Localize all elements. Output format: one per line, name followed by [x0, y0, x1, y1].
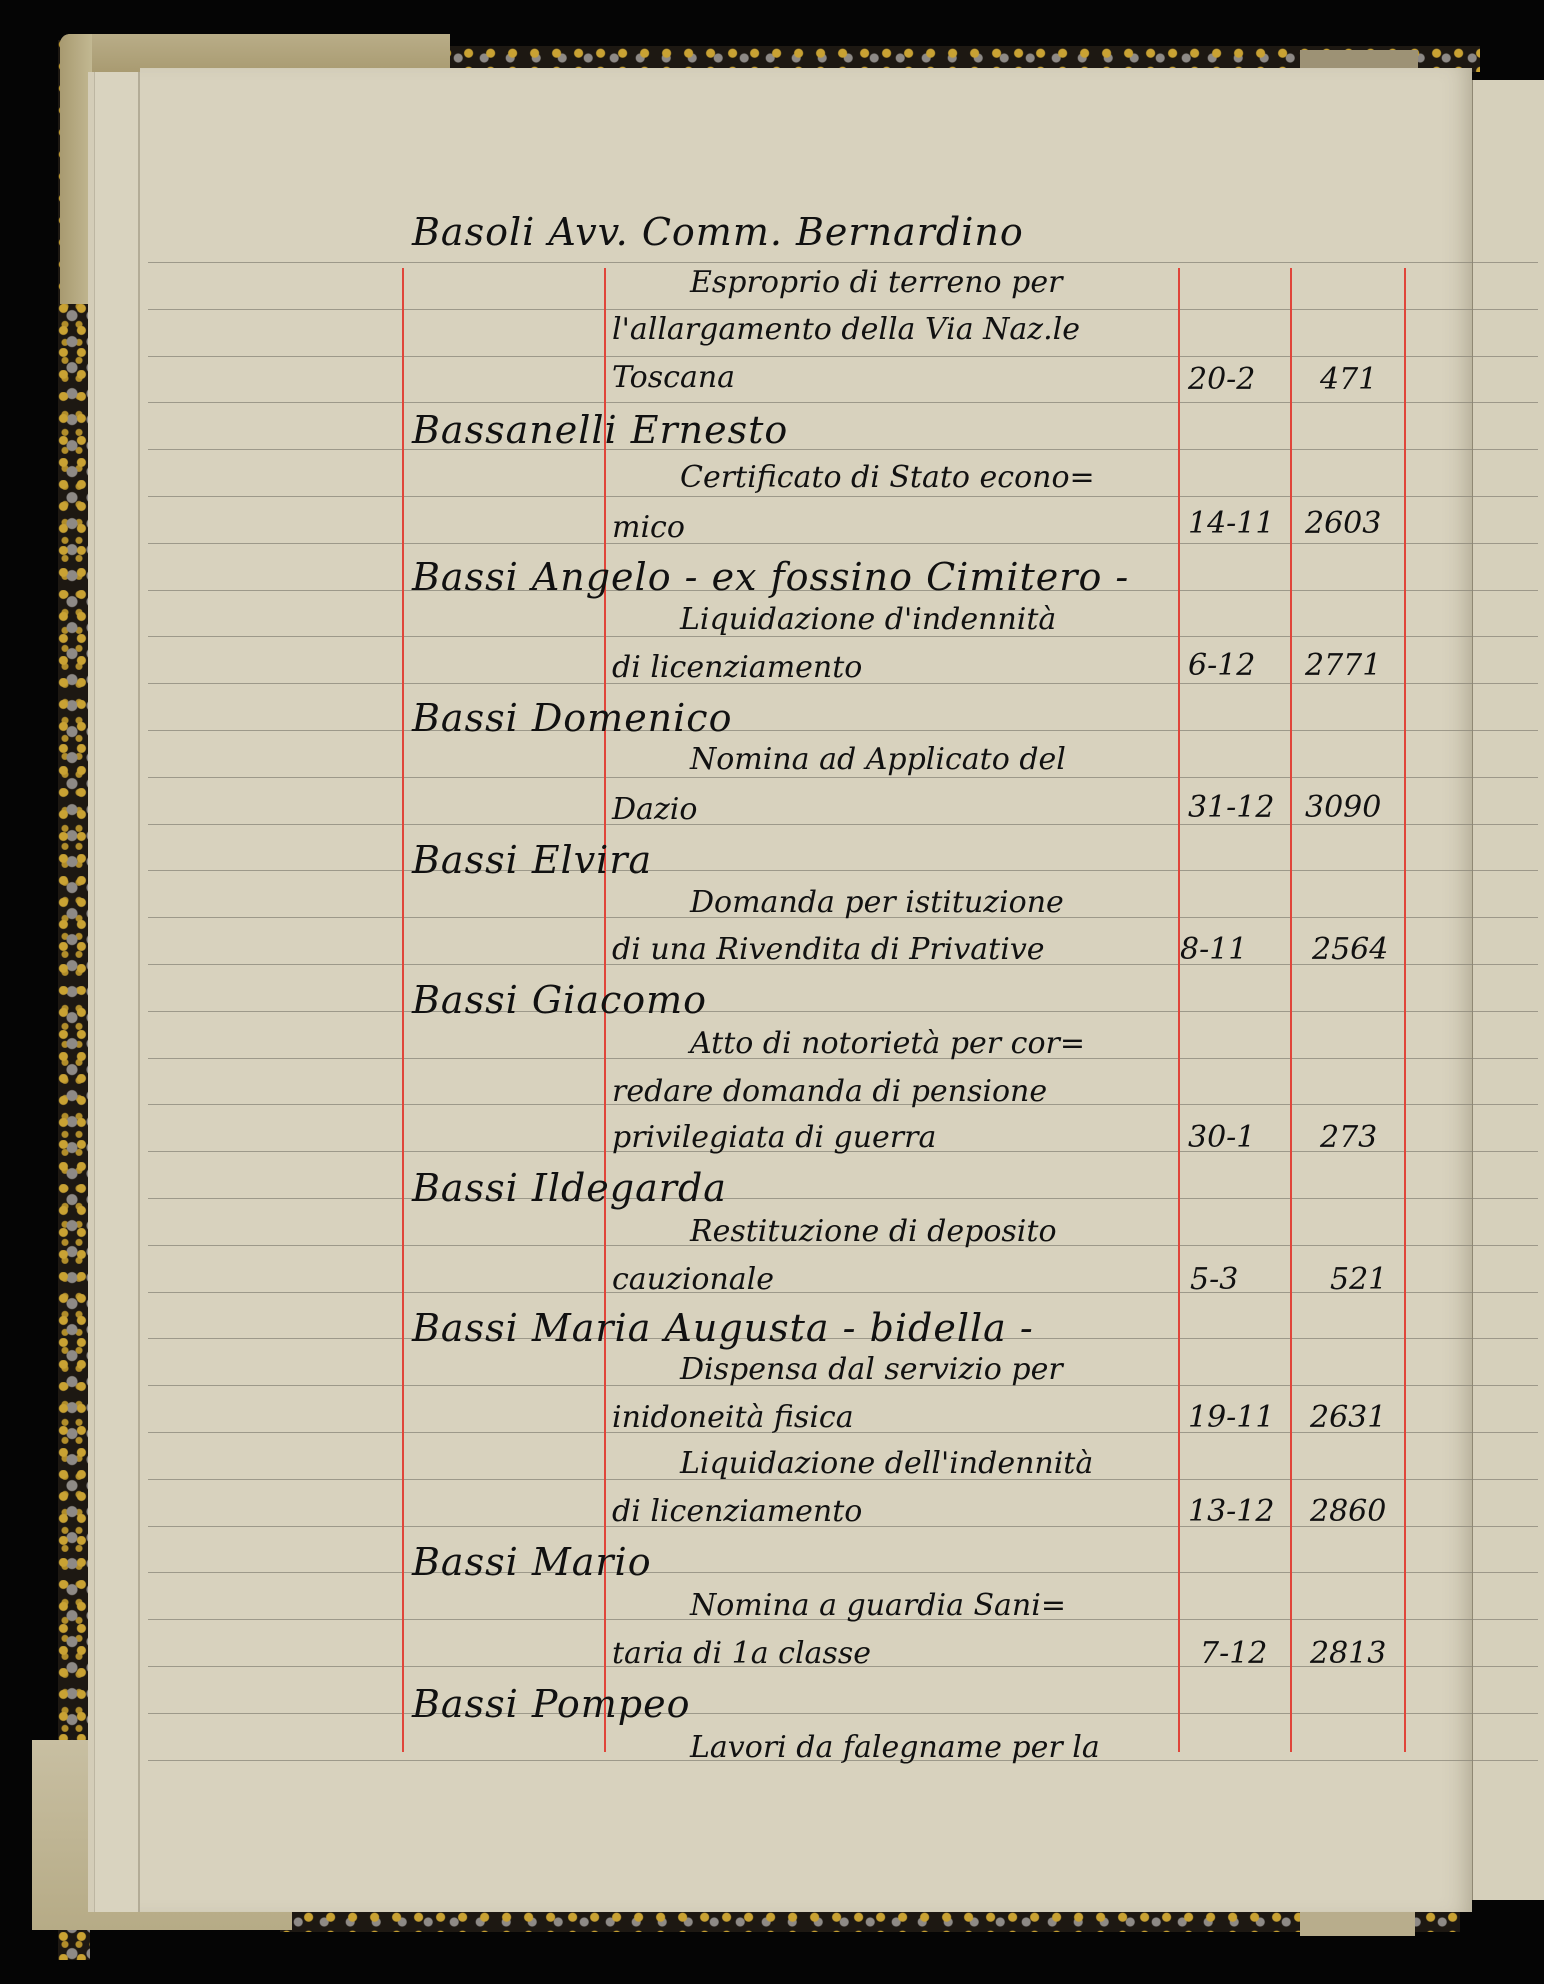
entry-number: 521: [1330, 1262, 1387, 1297]
ruled-line: [148, 777, 1538, 778]
entry-number: 273: [1320, 1120, 1377, 1155]
ruled-line: [148, 1011, 1538, 1012]
ruled-line: [148, 1572, 1538, 1573]
ruled-line: [148, 1198, 1538, 1199]
red-column-line: [1290, 268, 1292, 1752]
entry-description-line: Liquidazione d'indennità: [680, 602, 1056, 637]
entry-name: Bassi Maria Augusta - bidella -: [412, 1306, 1034, 1350]
entry-description-line: Esproprio di terreno per: [690, 265, 1062, 300]
entry-number: 2860: [1310, 1494, 1386, 1529]
entry-date: 14-11: [1188, 506, 1274, 541]
entry-name: Bassi Elvira: [412, 838, 652, 882]
marbled-cover-edge: [58, 40, 90, 1960]
red-column-line: [1404, 268, 1406, 1752]
entry-description-line: Nomina a guardia Sani=: [690, 1588, 1066, 1623]
ruled-line: [148, 262, 1538, 263]
entry-date: 6-12: [1188, 648, 1255, 683]
ruled-line: [148, 356, 1538, 357]
entry-description-line: di una Rivendita di Privative: [612, 932, 1045, 967]
entry-description-line: taria di 1a classe: [612, 1636, 871, 1671]
entry-description-line: privilegiata di guerra: [612, 1120, 936, 1155]
ruled-line: [148, 449, 1538, 450]
entry-description-line: mico: [612, 510, 685, 545]
ruled-line: [148, 730, 1538, 731]
entry-date: 20-2: [1188, 362, 1255, 397]
entry-date: 8-11: [1180, 932, 1247, 967]
entry-number: 2564: [1312, 932, 1388, 967]
entry-description-line: cauzionale: [612, 1262, 774, 1297]
entry-description-line: Atto di notorietà per cor=: [690, 1026, 1085, 1061]
entry-description-line: Dazio: [612, 792, 697, 827]
entry-number: 471: [1320, 362, 1377, 397]
entry-date: 7-12: [1200, 1636, 1267, 1671]
entry-description-line: di licenziamento: [612, 1494, 862, 1529]
ruled-line: [148, 309, 1538, 310]
red-column-line: [1178, 268, 1180, 1752]
entry-description-line: inidoneità fisica: [612, 1400, 854, 1435]
marbled-cover-bottom: [280, 1910, 1460, 1932]
entry-number: 2603: [1305, 506, 1381, 541]
entry-name: Basoli Avv. Comm. Bernardino: [412, 210, 1024, 254]
red-column-line: [402, 268, 404, 1752]
entry-description-line: di licenziamento: [612, 650, 862, 685]
entry-number: 2813: [1310, 1636, 1386, 1671]
entry-date: 31-12: [1188, 790, 1274, 825]
vellum-spine-bottom: [1300, 1910, 1415, 1936]
entry-description-line: Restituzione di deposito: [690, 1214, 1057, 1249]
ruled-line: [148, 1713, 1538, 1714]
entry-description-line: Lavori da falegname per la: [690, 1730, 1100, 1765]
entry-description-line: l'allargamento della Via Naz.le: [612, 312, 1080, 347]
entry-description-line: Liquidazione dell'indennità: [680, 1446, 1093, 1481]
entry-description-line: Nomina ad Applicato del: [690, 742, 1066, 777]
entry-description-line: Domanda per istituzione: [690, 885, 1064, 920]
entry-name: Bassi Ildegarda: [412, 1166, 727, 1210]
entry-name: Bassi Angelo - ex fossino Cimitero -: [412, 555, 1129, 599]
entry-name: Bassi Pompeo: [412, 1682, 690, 1726]
entry-description-line: Toscana: [612, 360, 735, 395]
ruled-line: [148, 543, 1538, 544]
ruled-line: [148, 402, 1538, 403]
entry-description-line: Dispensa dal servizio per: [680, 1352, 1063, 1387]
ruled-line: [148, 496, 1538, 497]
entry-date: 13-12: [1188, 1494, 1274, 1529]
entry-description-line: redare domanda di pensione: [612, 1074, 1047, 1109]
entry-date: 19-11: [1188, 1400, 1274, 1435]
ruled-line: [148, 870, 1538, 871]
entry-description-line: Certificato di Stato econo=: [680, 460, 1095, 495]
entry-name: Bassanelli Ernesto: [412, 408, 788, 452]
entry-number: 2771: [1305, 648, 1381, 683]
entry-name: Bassi Mario: [412, 1540, 652, 1584]
page-stack-edges: [88, 72, 148, 1912]
entry-name: Bassi Giacomo: [412, 978, 707, 1022]
entry-number: 2631: [1310, 1400, 1386, 1435]
entry-name: Bassi Domenico: [412, 696, 732, 740]
facing-page-strip: [1472, 80, 1544, 1900]
entry-date: 30-1: [1188, 1120, 1255, 1155]
entry-date: 5-3: [1190, 1262, 1238, 1297]
entry-number: 3090: [1305, 790, 1381, 825]
